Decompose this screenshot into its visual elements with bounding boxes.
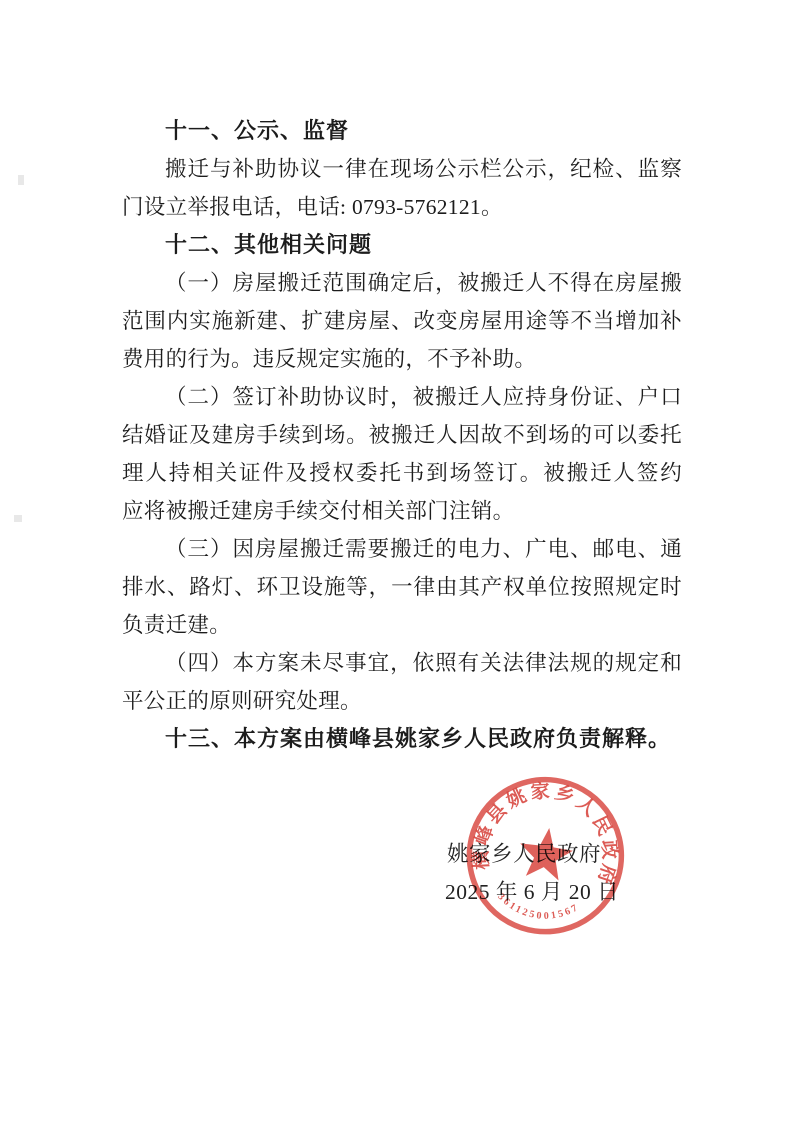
body-line: （一）房屋搬迁范围确定后，被搬迁人不得在房屋搬迁 xyxy=(122,264,682,302)
body-line: 门设立举报电话，电话: 0793-5762121。 xyxy=(122,188,682,226)
document-page: 十一、公示、监督搬迁与补助协议一律在现场公示栏公示，纪检、监察部门设立举报电话，… xyxy=(0,0,793,1121)
body-line: 结婚证及建房手续到场。被搬迁人因故不到场的可以委托代 xyxy=(122,416,682,454)
section-heading: 十三、本方案由横峰县姚家乡人民政府负责解释。 xyxy=(122,720,682,758)
body-line: 平公正的原则研究处理。 xyxy=(122,682,682,720)
body-line: 负责迁建。 xyxy=(122,606,682,644)
body-line: 范围内实施新建、扩建房屋、改变房屋用途等不当增加补助 xyxy=(122,302,682,340)
svg-text:横峰县姚家乡人民政府: 横峰县姚家乡人民政府 xyxy=(466,769,632,892)
body-line: 排水、路灯、环卫设施等，一律由其产权单位按照规定时限 xyxy=(122,568,682,606)
scan-artifact xyxy=(14,515,22,522)
body-line: 应将被搬迁建房手续交付相关部门注销。 xyxy=(122,492,682,530)
seal-arc-text: 横峰县姚家乡人民政府 xyxy=(466,769,632,892)
body-line: （二）签订补助协议时，被搬迁人应持身份证、户口本、 xyxy=(122,378,682,416)
signature-name: 姚家乡人民政府 xyxy=(447,843,601,867)
section-heading: 十二、其他相关问题 xyxy=(122,226,682,264)
body-line: 搬迁与补助协议一律在现场公示栏公示，纪检、监察部 xyxy=(122,150,682,188)
scan-artifact xyxy=(18,175,24,185)
section-heading: 十一、公示、监督 xyxy=(122,112,682,150)
body-line: 费用的行为。违反规定实施的，不予补助。 xyxy=(122,340,682,378)
body-line: （四）本方案未尽事宜，依照有关法律法规的规定和公 xyxy=(122,644,682,682)
body-line: 理人持相关证件及授权委托书到场签订。被搬迁人签约后， xyxy=(122,454,682,492)
signature-date: 2025 年 6 月 20 日 xyxy=(445,881,619,905)
body-line: （三）因房屋搬迁需要搬迁的电力、广电、邮电、通讯、 xyxy=(122,530,682,568)
document-body: 十一、公示、监督搬迁与补助协议一律在现场公示栏公示，纪检、监察部门设立举报电话，… xyxy=(122,112,682,758)
